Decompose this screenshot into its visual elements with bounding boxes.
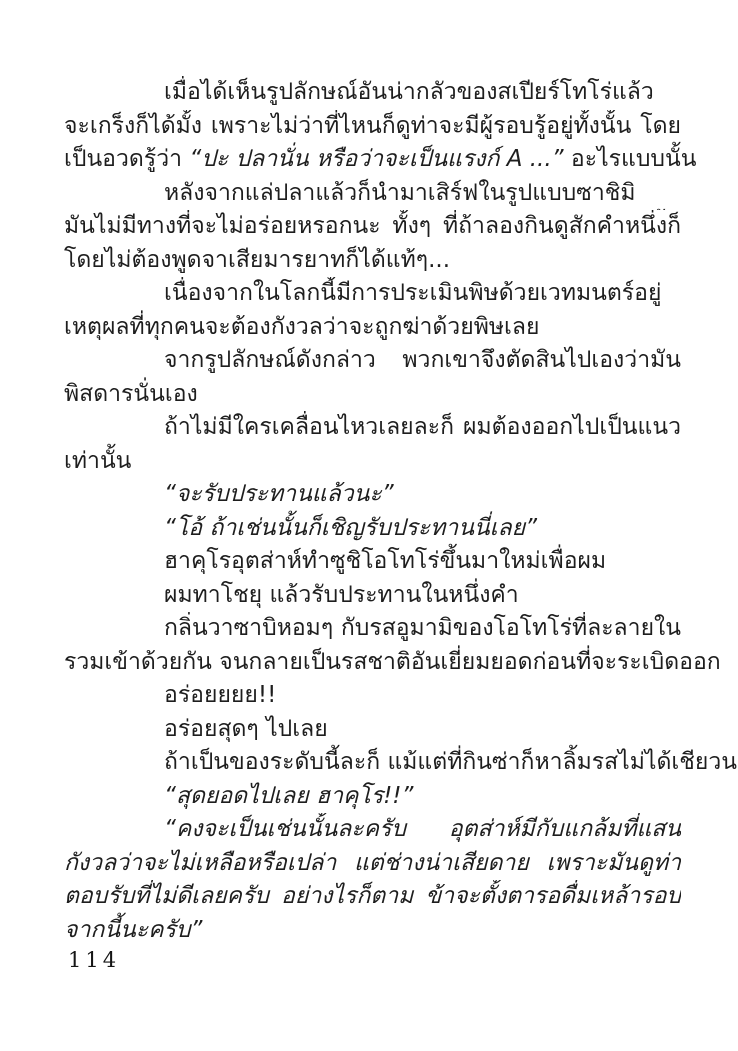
text-line: มันไม่มีทางที่จะไม่อร่อยหรอกนะ ทั้งๆ ที่… <box>64 210 681 244</box>
text-segment: เป็นอวดรู้ว่า <box>64 146 189 172</box>
text-line: อร่อยสุดๆ ไปเลย <box>64 713 681 747</box>
dialogue-line: ตอบรับที่ไม่ดีเลยครับ อย่างไรก็ตาม ข้าจะ… <box>64 880 681 914</box>
text-line: เท่านั้น <box>64 445 681 479</box>
text-line: ถ้าไม่มีใครเคลื่อนไหวเลยละก็ ผมต้องออกไป… <box>64 411 681 445</box>
dialogue-line: “คงจะเป็นเช่นนั้นละครับ อุตส่าห์มีกับแกล… <box>64 813 681 847</box>
text-line: โดยไม่ต้องพูดจาเสียมารยาทก็ได้แท้ๆ... <box>64 244 681 278</box>
dialogue-line: “โอ้ ถ้าเช่นนั้นก็เชิญรับประทานนี่เลย” <box>64 512 681 546</box>
page-number: 114 <box>68 948 120 972</box>
dialogue-line: “สุดยอดไปเลย ฮาคุโร!!” <box>64 780 681 814</box>
text-line: รวมเข้าด้วยกัน จนกลายเป็นรสชาติอันเยี่ยม… <box>64 646 681 680</box>
text-line: ถ้าเป็นของระดับนี้ละก็ แม้แต่ที่กินซ่าก็… <box>64 746 681 780</box>
text-line: เหตุผลที่ทุกคนจะต้องกังวลว่าจะถูกฆ่าด้วย… <box>64 311 681 345</box>
text-line: ฮาคุโรอุตส่าห์ทำซูชิโอโทโร่ขึ้นมาใหม่เพื… <box>64 545 681 579</box>
text-line: จะเกร็งก็ได้มั้ง เพราะไม่ว่าที่ไหนก็ดูท่… <box>64 110 681 144</box>
text-line: อร่อยยยย!! <box>64 679 681 713</box>
book-page: เมื่อได้เห็นรูปลักษณ์อันน่ากลัวของสเปียร… <box>0 0 738 1051</box>
text-segment: อะไรแบบนั้น <box>564 146 697 172</box>
quoted-text-segment: “ปะ ปลานั่น หรือว่าจะเป็นแรงก์ A ...” <box>189 146 563 172</box>
text-line: เนื่องจากในโลกนี้มีการประเมินพิษด้วยเวทม… <box>64 277 681 311</box>
text-line: จากรูปลักษณ์ดังกล่าว พวกเขาจึงตัดสินไปเอ… <box>64 344 681 378</box>
dialogue-line: “จะรับประทานแล้วนะ” <box>64 478 681 512</box>
text-line: ผมทาโชยุ แล้วรับประทานในหนึ่งคำ <box>64 579 681 613</box>
text-line: เป็นอวดรู้ว่า “ปะ ปลานั่น หรือว่าจะเป็นแ… <box>64 143 681 177</box>
text-block: เมื่อได้เห็นรูปลักษณ์อันน่ากลัวของสเปียร… <box>64 76 681 947</box>
text-line: เมื่อได้เห็นรูปลักษณ์อันน่ากลัวของสเปียร… <box>64 76 681 110</box>
dialogue-line: จากนี้นะครับ” <box>64 914 681 948</box>
text-line: พิสดารนั่นเอง <box>64 378 681 412</box>
text-line: กลิ่นวาซาบิหอมๆ กับรสอูมามิของโอโทโร่ที่… <box>64 612 681 646</box>
dialogue-line: กังวลว่าจะไม่เหลือหรือเปล่า แต่ช่างน่าเส… <box>64 847 681 881</box>
text-line: หลังจากแล่ปลาแล้วก็นำมาเสิร์ฟในรูปแบบซาช… <box>64 177 681 211</box>
